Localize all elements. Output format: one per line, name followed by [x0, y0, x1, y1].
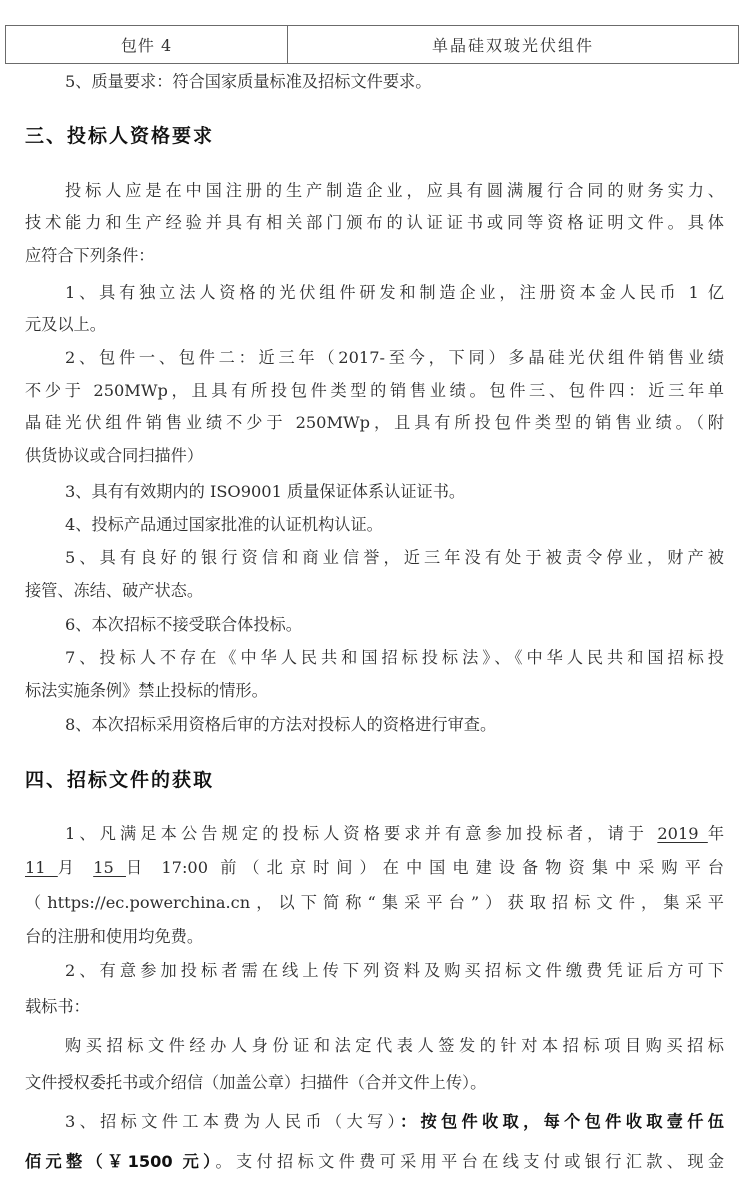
section-heading-qualification: 三、投标人资格要求	[25, 121, 214, 148]
obtain-item-2: 2、有意参加投标者需在线上传下列资料及购买招标文件缴费凭证后方可下	[65, 960, 724, 982]
list-item-3: 3、具有有效期内的 ISO9001 质量保证体系认证证书。	[65, 481, 465, 503]
list-item-2-cont: 晶硅光伏组件销售业绩不少于 250MWp，且具有所投包件类型的销售业绩。（附	[25, 412, 724, 434]
paragraph-line: 技术能力和生产经验并具有相关部门颁布的认证证书或同等资格证明文件。具体	[25, 212, 724, 234]
obtain-item-1-free: 台的注册和使用均免费。	[25, 926, 203, 948]
fee-amount: 佰元整（￥1500 元）	[25, 1152, 216, 1171]
year-label: 年	[708, 824, 724, 843]
obtain-item-1: 1、凡满足本公告规定的投标人资格要求并有意参加投标者，请于 2019 年	[65, 823, 724, 845]
list-item-6: 6、本次招标不接受联合体投标。	[65, 614, 302, 636]
fee-text: 3、招标文件工本费为人民币（大写）	[65, 1112, 400, 1131]
list-item-1: 1、具有独立法人资格的光伏组件研发和制造企业，注册资本金人民币 1 亿	[65, 282, 724, 304]
section-heading-obtain-documents: 四、招标文件的获取	[25, 765, 214, 792]
list-item-8: 8、本次招标采用资格后审的方法对投标人的资格进行审查。	[65, 714, 496, 736]
list-item-1-cont: 元及以上。	[25, 314, 106, 336]
month-label: 月	[58, 858, 93, 877]
table-cell-package: 包件 4	[6, 26, 288, 63]
materials-line: 购买招标文件经办人身份证和法定代表人签发的针对本招标项目购买招标	[65, 1035, 724, 1057]
list-item-2-cont: 不少于 250MWp，且具有所投包件类型的销售业绩。包件三、包件四：近三年单	[25, 380, 724, 402]
list-item-5-cont: 接管、冻结、破产状态。	[25, 580, 203, 602]
list-item-7: 7、投标人不存在《中华人民共和国招标投标法》、《中华人民共和国招标投	[65, 647, 724, 669]
list-item-5: 5、具有良好的银行资信和商业信誉，近三年没有处于被责令停业，财产被	[65, 547, 724, 569]
payment-method-text: 。支付招标文件费可采用平台在线支付或银行汇款、现金	[216, 1152, 725, 1171]
list-item-4: 4、投标产品通过国家批准的认证机构认证。	[65, 514, 383, 536]
deadline-time-text: 日 17:00 前（北京时间）在中国电建设备物资集中采购平台	[126, 858, 724, 877]
list-item-2-cont: 供货协议或合同扫描件）	[25, 445, 203, 467]
deadline-day: 15	[93, 858, 126, 877]
list-item-2: 2、包件一、包件二：近三年（2017-至今，下同）多晶硅光伏组件销售业绩	[65, 347, 724, 369]
package-table: 包件 4 单晶硅双玻光伏组件	[5, 25, 739, 64]
quality-requirement: 5、质量要求：符合国家质量标准及招标文件要求。	[65, 71, 431, 93]
paragraph-line: 应符合下列条件：	[25, 245, 155, 267]
obtain-item-1-text: 1、凡满足本公告规定的投标人资格要求并有意参加投标者，请于	[65, 824, 657, 843]
materials-line-cont: 文件授权委托书或介绍信（加盖公章）扫描件（合并文件上传）。	[25, 1072, 486, 1094]
deadline-year: 2019	[657, 824, 707, 843]
obtain-item-3: 3、招标文件工本费为人民币（大写）：按包件收取，每个包件收取壹仟伍	[65, 1111, 724, 1133]
obtain-item-1-cont: 11 月 15 日 17:00 前（北京时间）在中国电建设备物资集中采购平台	[25, 857, 724, 879]
list-item-7-cont: 标法实施条例》禁止投标的情形。	[25, 680, 268, 702]
deadline-month: 11	[25, 858, 58, 877]
fee-emphasis: ：按包件收取，每个包件收取壹仟伍	[400, 1112, 724, 1131]
table-cell-item: 单晶硅双玻光伏组件	[288, 26, 738, 63]
obtain-item-3-cont: 佰元整（￥1500 元）。支付招标文件费可采用平台在线支付或银行汇款、现金	[25, 1151, 724, 1173]
obtain-item-2-cont: 载标书：	[25, 996, 90, 1018]
paragraph-line: 投标人应是在中国注册的生产制造企业，应具有圆满履行合同的财务实力、	[65, 180, 724, 202]
obtain-item-1-platform: （https://ec.powerchina.cn，以下简称“集采平台”）获取招…	[25, 892, 724, 914]
